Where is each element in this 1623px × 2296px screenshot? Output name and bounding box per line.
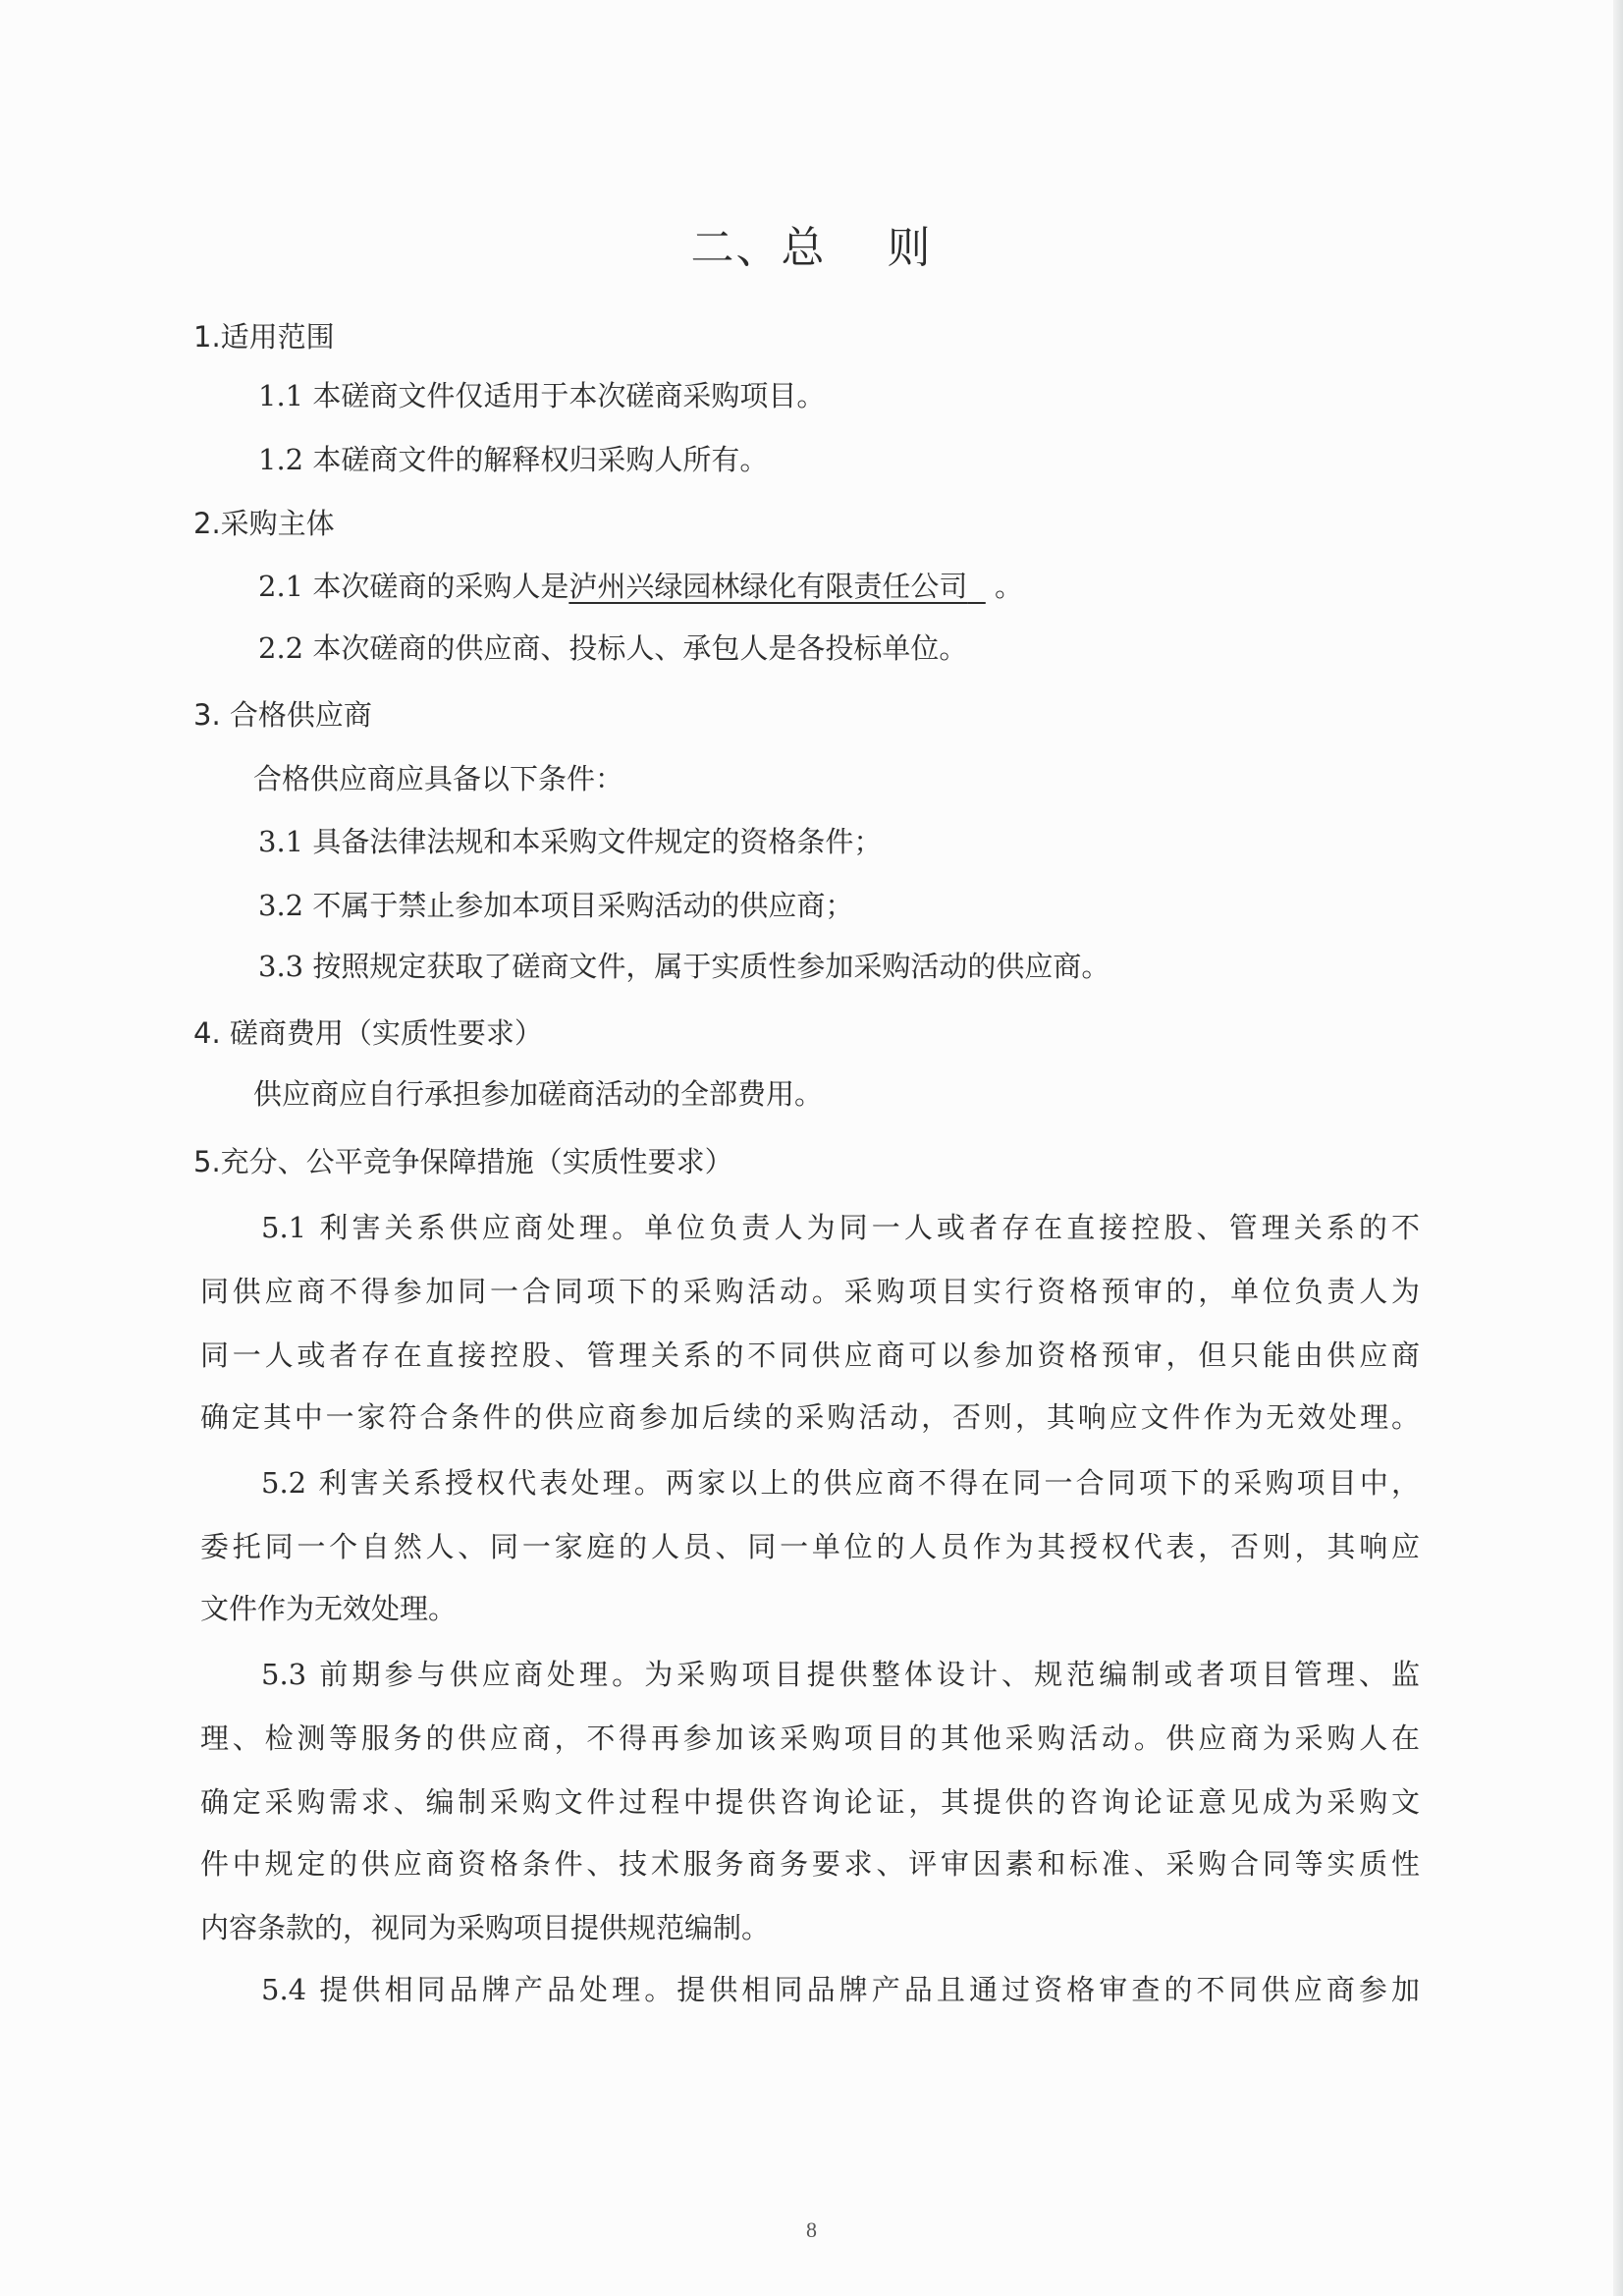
clause-2-1-suffix: 。 [986, 570, 1023, 603]
clause-5-1-line-2: 同供应商不得参加同一合同项下的采购活动。采购项目实行资格预审的，单位负责人为 [200, 1274, 1420, 1309]
section-4-heading: 4. 磋商费用（实质性要求） [193, 1015, 543, 1051]
clause-5-2-line-3: 文件作为无效处理。 [200, 1591, 457, 1626]
clause-5-3-line-4: 件中规定的供应商资格条件、技术服务商务要求、评审因素和标准、采购合同等实质性 [200, 1846, 1420, 1882]
clause-5-3-line-2: 理、检测等服务的供应商，不得再参加该采购项目的其他采购活动。供应商为采购人在 [200, 1721, 1420, 1756]
clause-1-1: 1.1 本磋商文件仅适用于本次磋商采购项目。 [258, 378, 825, 413]
section-1-heading: 1.适用范围 [193, 319, 335, 355]
clause-5-2-line-1: 5.2 利害关系授权代表处理。两家以上的供应商不得在同一合同项下的采购项目中， [261, 1465, 1420, 1501]
clause-1-2: 1.2 本磋商文件的解释权归采购人所有。 [258, 442, 768, 477]
clause-5-1-line-1: 5.1 利害关系供应商处理。单位负责人为同一人或者存在直接控股、管理关系的不 [261, 1210, 1420, 1245]
clause-5-3-line-5: 内容条款的，视同为采购项目提供规范编制。 [200, 1910, 770, 1945]
chapter-title-part1: 二、总 [691, 223, 827, 273]
clause-3-3: 3.3 按照规定获取了磋商文件，属于实质性参加采购活动的供应商。 [258, 949, 1109, 984]
document-page: 二、总则 1.适用范围 1.1 本磋商文件仅适用于本次磋商采购项目。 1.2 本… [0, 0, 1623, 2296]
chapter-title: 二、总则 [0, 220, 1623, 277]
section-3-intro: 合格供应商应具备以下条件： [253, 761, 623, 796]
section-2-heading: 2.采购主体 [193, 506, 335, 541]
purchaser-name: 泸州兴绿园林绿化有限责任公司 [568, 570, 967, 603]
clause-2-2: 2.2 本次磋商的供应商、投标人、承包人是各投标单位。 [258, 630, 967, 666]
section-3-heading: 3. 合格供应商 [193, 697, 372, 733]
clause-5-1-line-3: 同一人或者存在直接控股、管理关系的不同供应商可以参加资格预审，但只能由供应商 [200, 1338, 1420, 1373]
clause-2-1: 2.1 本次磋商的采购人是泸州兴绿园林绿化有限责任公司 。 [258, 569, 1023, 604]
section-4-body: 供应商应自行承担参加磋商活动的全部费用。 [253, 1076, 823, 1112]
page-number: 8 [0, 2217, 1623, 2243]
clause-2-1-prefix: 2.1 本次磋商的采购人是 [258, 570, 568, 603]
scan-edge [1613, 0, 1623, 2296]
clause-3-1: 3.1 具备法律法规和本采购文件规定的资格条件； [258, 824, 882, 859]
clause-3-2: 3.2 不属于禁止参加本项目采购活动的供应商； [258, 888, 853, 923]
clause-5-3-line-1: 5.3 前期参与供应商处理。为采购项目提供整体设计、规范编制或者项目管理、监 [261, 1657, 1420, 1692]
clause-5-1-line-4: 确定其中一家符合条件的供应商参加后续的采购活动，否则，其响应文件作为无效处理。 [200, 1399, 1420, 1435]
clause-5-3-line-3: 确定采购需求、编制采购文件过程中提供咨询论证，其提供的咨询论证意见成为采购文 [200, 1784, 1420, 1820]
clause-5-2-line-2: 委托同一个自然人、同一家庭的人员、同一单位的人员作为其授权代表，否则，其响应 [200, 1529, 1420, 1564]
section-5-heading: 5.充分、公平竞争保障措施（实质性要求） [193, 1144, 733, 1179]
clause-5-4-line-1: 5.4 提供相同品牌产品处理。提供相同品牌产品且通过资格审查的不同供应商参加 [261, 1972, 1420, 2007]
chapter-title-part2: 则 [888, 223, 933, 273]
